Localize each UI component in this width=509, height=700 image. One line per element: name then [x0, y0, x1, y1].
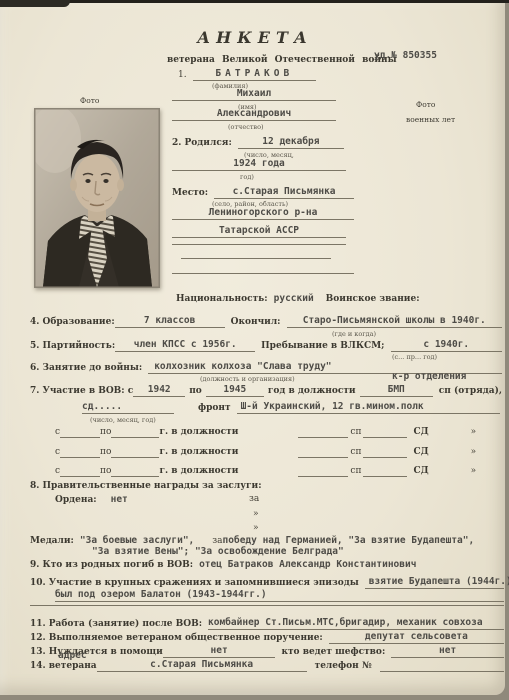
blank-line-4 — [30, 605, 504, 606]
birth-year-hint: год) — [240, 174, 254, 181]
field-battles-line2: был под озером Балатон (1943-1944гг.) — [55, 589, 504, 602]
field-birth-region: Татарской АССР — [172, 225, 346, 238]
prewar-occupation-hint: (должность и организация) — [200, 376, 295, 383]
education-hint: (где и когда) — [332, 331, 376, 338]
field-first-name: Михаил — [172, 88, 336, 101]
field-perished-relatives: 9. Кто из родных погиб в ВОВ: отец Батра… — [30, 559, 490, 571]
field-party: 5. Партийность: член КПСС с 1956г. Пребы… — [30, 339, 502, 352]
blank-line-1 — [172, 244, 346, 245]
veteran-photo — [34, 108, 160, 288]
party-hint: (с... пр... год) — [392, 354, 437, 361]
field-battles-line1: 10. Участие в крупных сражениях и запомн… — [30, 576, 504, 589]
form-title: АНКЕТА — [130, 28, 380, 47]
field-education: 4. Образование: 7 классов Окончил: Старо… — [30, 315, 502, 328]
awards-header: 8. Правительственные награды за заслуги: — [30, 480, 262, 492]
field-medals-line2: "За взятие Вены"; "За освобождение Белгр… — [92, 546, 344, 557]
scan-edge-corner — [0, 0, 70, 7]
orders-quote-2: » — [253, 523, 259, 533]
scanned-questionnaire-page: АНКЕТА ветерана Великой Отечественной во… — [0, 0, 509, 700]
blank-line-3 — [172, 273, 354, 274]
photo-caption-right-2: военных лет — [406, 115, 455, 124]
field-orders: Ордена: нет — [55, 494, 128, 506]
service-row-2: с по г. в должности сп СД » — [55, 446, 483, 458]
field-nationality: Национальность: русский Воинское звание: — [176, 293, 476, 305]
field-public-duty: 12. Выполняемое ветераном общественное п… — [30, 631, 504, 644]
field-birth-place: Место: с.Старая Письмянка — [172, 186, 354, 199]
field-address: 14. ветерана с.Старая Письмянка телефон … — [30, 659, 504, 672]
paper-sheet: АНКЕТА ветерана Великой Отечественной во… — [0, 0, 505, 695]
front-date-hint: (число, месяц, год) — [90, 417, 156, 424]
field-birth-district: Лениногорского р-на — [172, 207, 354, 220]
service-row-1: с по г. в должности сп СД » — [55, 426, 483, 438]
blank-line-2 — [181, 258, 331, 259]
field-postwar-work: 11. Работа (занятие) после ВОВ: комбайне… — [30, 617, 504, 630]
orders-za-label: за — [249, 494, 259, 504]
photo-caption-right-1: Фото — [416, 100, 435, 109]
scan-edge-top — [0, 0, 509, 3]
field-war-participation: 7. Участие в ВОВ: с 1942 по 1945 год в д… — [30, 384, 502, 397]
service-row-3: с по г. в должности сп СД » — [55, 465, 483, 477]
position-value-top: к-р отделения — [392, 371, 466, 382]
field-help-needed: 13. Нуждается в помощи нет кто ведет шеф… — [30, 645, 504, 658]
field-patronymic: Александрович — [172, 108, 336, 121]
field-surname: 1. БАТРАКОВ — [178, 68, 316, 81]
certificate-number: уд.№ 850355 — [374, 50, 437, 62]
orders-quote-1: » — [253, 509, 259, 519]
field-birth-year: 1924 года — [172, 158, 346, 171]
field-birth-date: 2. Родился: 12 декабря — [172, 136, 344, 149]
patronymic-hint: (отчество) — [228, 124, 264, 131]
field-front: сд..... фронт Ш-й Украинский, 12 гв.мино… — [82, 401, 500, 414]
photo-caption-left: Фото — [80, 96, 99, 105]
form-subtitle: ветерана Великой Отечественной войны — [167, 55, 397, 65]
portrait-photo-drawing — [35, 109, 159, 287]
